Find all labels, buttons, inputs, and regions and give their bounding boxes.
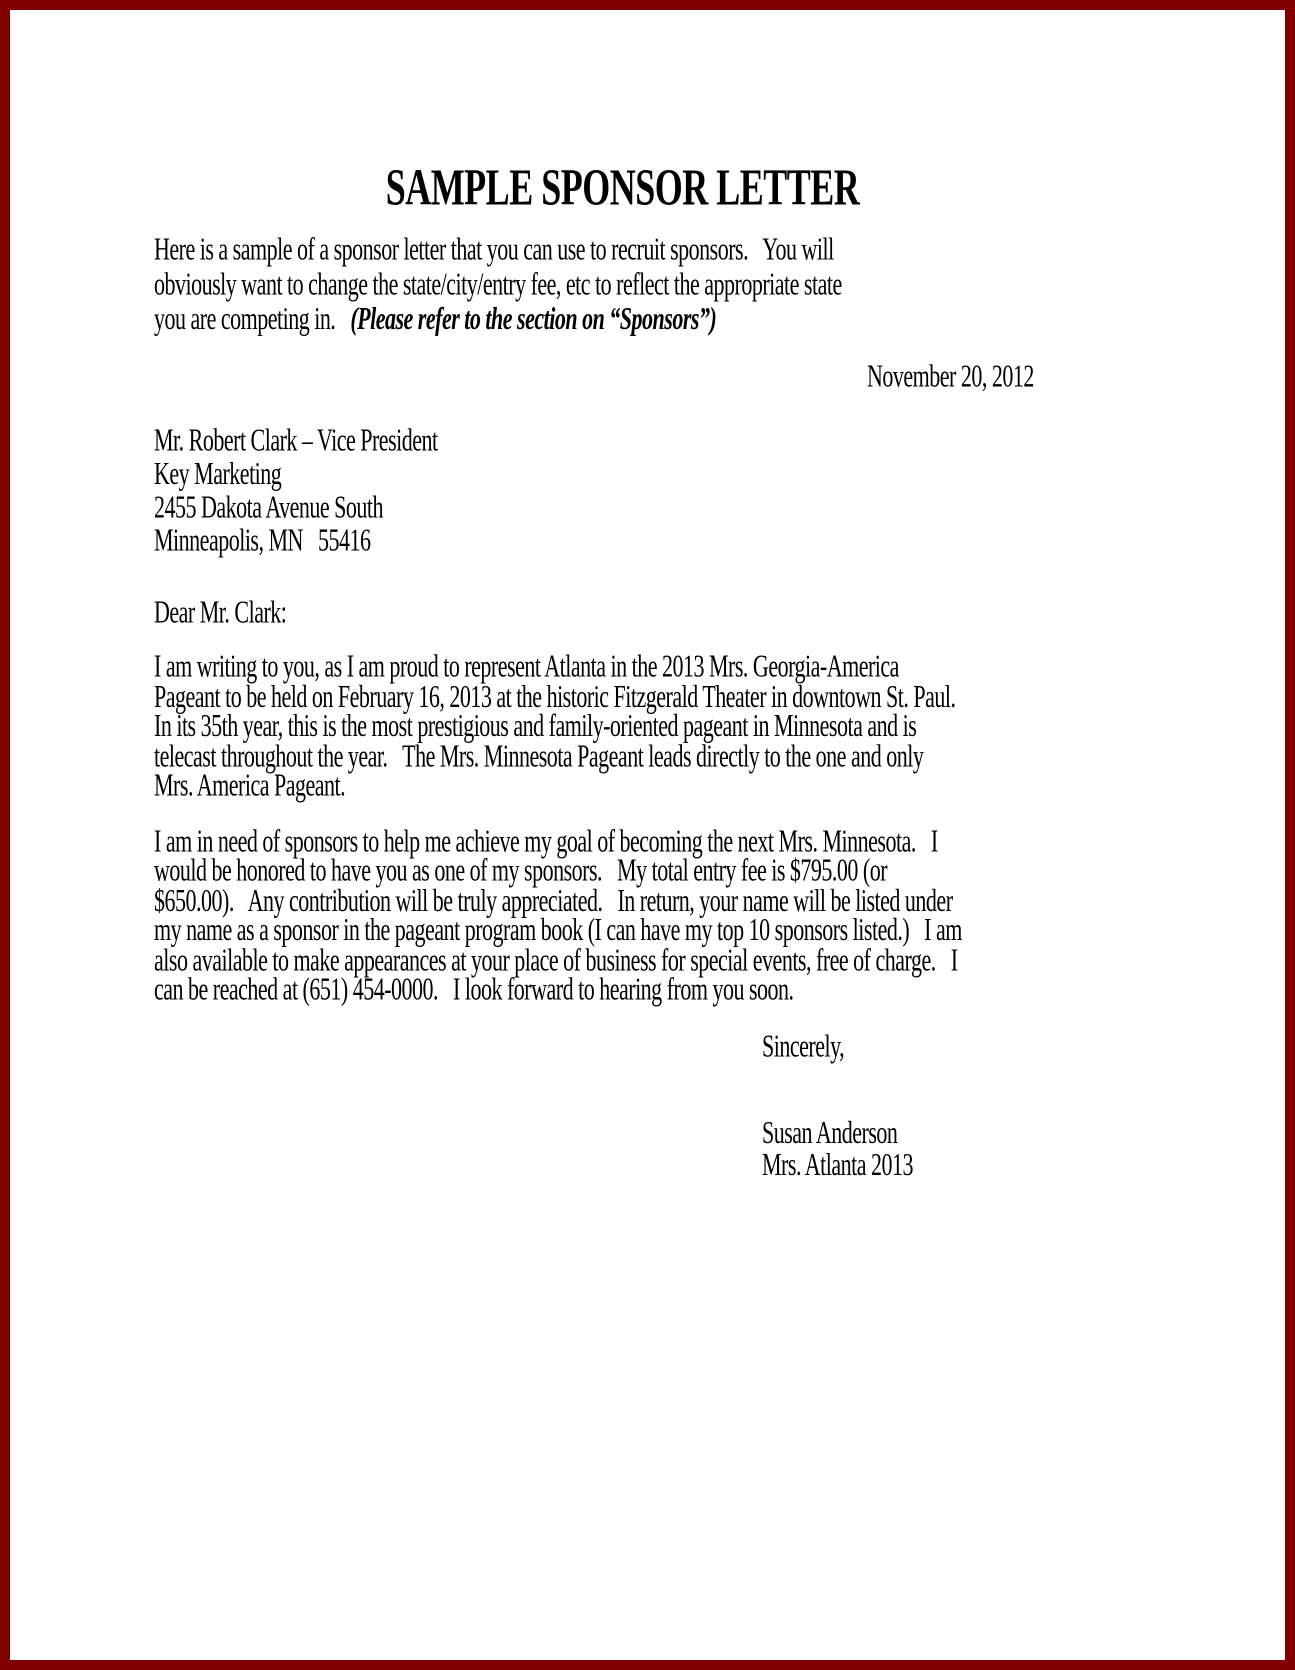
intro-line-normal: you are competing in. — [154, 300, 350, 336]
letter-date: November 20, 2012 — [867, 359, 1034, 394]
address-line: 2455 Dakota Avenue South — [154, 490, 438, 523]
closing: Sincerely, — [762, 1029, 844, 1064]
intro-line: obviously want to change the state/city/… — [154, 267, 842, 302]
body-paragraph-1: I am writing to you, as I am proud to re… — [154, 652, 955, 801]
salutation-line: Dear Mr. Clark: — [154, 595, 286, 630]
letter-page: SAMPLE SPONSOR LETTER Here is a sample o… — [0, 0, 1295, 1670]
paragraph-line: can be reached at (651) 454-0000. I look… — [154, 975, 962, 1005]
intro-line: you are competing in. (Please refer to t… — [154, 302, 842, 337]
intro-line-emphasis: (Please refer to the section on “Sponsor… — [350, 300, 716, 336]
signature-name: Susan Anderson — [762, 1117, 913, 1149]
intro-line: Here is a sample of a sponsor letter tha… — [154, 232, 842, 267]
paragraph-line: Mrs. America Pageant. — [154, 771, 955, 801]
address-line: Minneapolis, MN 55416 — [154, 523, 438, 556]
intro-paragraph: Here is a sample of a sponsor letter tha… — [154, 232, 842, 336]
signature: Susan Anderson Mrs. Atlanta 2013 — [762, 1117, 913, 1181]
closing-line: Sincerely, — [762, 1029, 844, 1064]
address-line: Mr. Robert Clark – Vice President — [154, 423, 438, 456]
recipient-address: Mr. Robert Clark – Vice President Key Ma… — [154, 423, 438, 556]
address-line: Key Marketing — [154, 456, 438, 489]
letter-title: SAMPLE SPONSOR LETTER — [0, 158, 1260, 216]
body-paragraph-2: I am in need of sponsors to help me achi… — [154, 827, 962, 1005]
salutation: Dear Mr. Clark: — [154, 595, 286, 630]
date-line: November 20, 2012 — [867, 359, 1034, 394]
signature-title: Mrs. Atlanta 2013 — [762, 1149, 913, 1181]
